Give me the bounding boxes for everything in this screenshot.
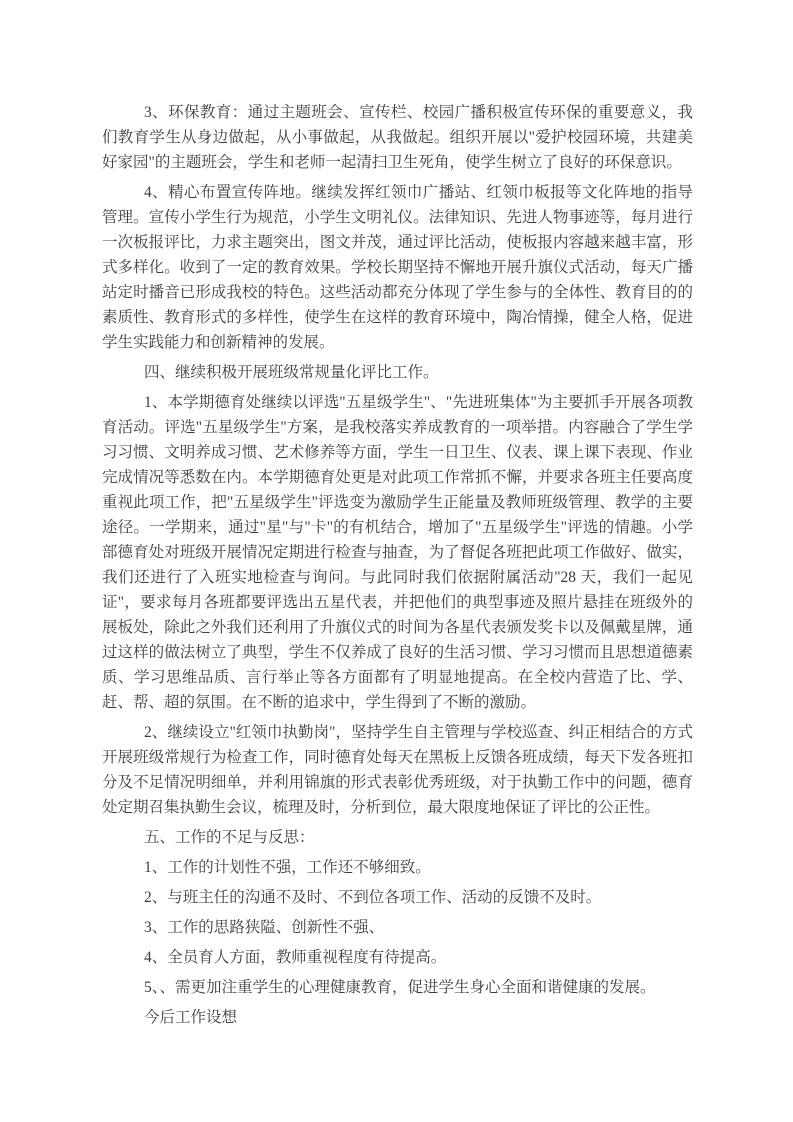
list-item-1: 1、工作的计划性不强，工作还不够细致。 <box>102 855 693 880</box>
list-item-2: 2、与班主任的沟通不及时、不到位各项工作、活动的反馈不及时。 <box>102 885 693 910</box>
heading-future-plan: 今后工作设想 <box>102 1005 693 1030</box>
list-item-4: 4、全员育人方面，教师重视程度有待提高。 <box>102 945 693 970</box>
heading-section-five: 五、工作的不足与反思： <box>102 825 693 850</box>
heading-section-four: 四、继续积极开展班级常规量化评比工作。 <box>102 360 693 385</box>
paragraph-duty-post: 2、继续设立"红领巾执勤岗"，坚持学生自主管理与学校巡查、纠正相结合的方式开展班… <box>102 720 693 820</box>
document-page: 3、环保教育：通过主题班会、宣传栏、校园广播积极宣传环保的重要意义，我们教育学生… <box>0 0 793 1122</box>
paragraph-five-star-students: 1、本学期德育处继续以评选"五星级学生"、"先进班集体"为主要抓手开展各项教育活… <box>102 390 693 715</box>
list-item-5: 5、、需更加注重学生的心理健康教育，促进学生身心全面和谐健康的发展。 <box>102 975 693 1000</box>
paragraph-publicity-positions: 4、精心布置宣传阵地。继续发挥红领巾广播站、红领巾板报等文化阵地的指导管理。宣传… <box>102 180 693 355</box>
paragraph-env-education: 3、环保教育：通过主题班会、宣传栏、校园广播积极宣传环保的重要意义，我们教育学生… <box>102 100 693 175</box>
list-item-3: 3、工作的思路狭隘、创新性不强、 <box>102 915 693 940</box>
